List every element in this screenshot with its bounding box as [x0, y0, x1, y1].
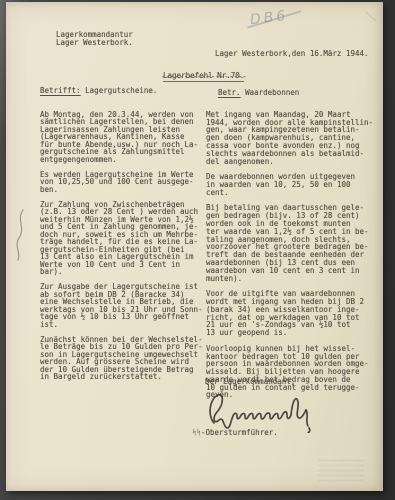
dutch-paragraph: De waardebonnen worden uitgegeven in waa… [206, 173, 388, 196]
scan-backdrop: DB6 Lagerkommandantur Lager Westerbork. … [0, 0, 395, 500]
dutch-paragraph: Bij betaling van daartusschen gele- gen … [206, 204, 388, 282]
german-paragraph: Zunächst können bei der Wechselstel- le … [40, 336, 212, 381]
subject-label-german: Betrifft: [40, 86, 81, 95]
paper: DB6 Lagerkommandantur Lager Westerbork. … [6, 2, 383, 491]
subject-line-dutch: Betr. Waardebonnen [218, 89, 299, 97]
corner-crease [365, 11, 376, 21]
german-column: Ab Montag, den 20.3.44, werden von sämtl… [40, 103, 212, 388]
german-paragraph: Zur Ausgabe der Lagergutscheine ist ab s… [40, 283, 212, 328]
margin-squiggle-mark [12, 208, 28, 262]
german-paragraph: Es werden Lagergutscheine im Werte von 1… [40, 171, 212, 194]
dutch-paragraph: Voor de uitgifte van waardebonnen wordt … [206, 290, 388, 337]
dutch-column: Met ingang van Maandag, 20 Maart 1944, w… [206, 103, 388, 407]
german-paragraph: Ab Montag, den 20.3.44, werden von sämtl… [40, 111, 212, 164]
handwritten-signature [204, 387, 326, 433]
dutch-paragraph: Met ingang van Maandag, 20 Maart 1944, w… [206, 111, 388, 166]
archive-stamp [318, 458, 364, 483]
letterhead: Lagerkommandantur Lager Westerbork. [56, 31, 133, 46]
pencil-note: DB6 [249, 8, 289, 29]
subject-label-dutch: Betr. [218, 88, 241, 97]
subject-value-dutch: Waardebonnen [241, 88, 300, 97]
subject-line-german: Betrifft: Lagergutscheine. [40, 87, 157, 95]
subject-value-german: Lagergutscheine. [81, 86, 158, 95]
german-paragraph: Zur Zahlung von Zwischenbeträgen (z.B. 1… [40, 201, 212, 276]
title-underline-dashes: ------------------- [161, 73, 247, 81]
dateline: Lager Westerbork,den 16.März 1944. [215, 50, 369, 58]
closing-line: Der Lagerkommandant, [205, 378, 295, 386]
rank-line: ᛋᛋ-Obersturmführer. [192, 429, 278, 437]
